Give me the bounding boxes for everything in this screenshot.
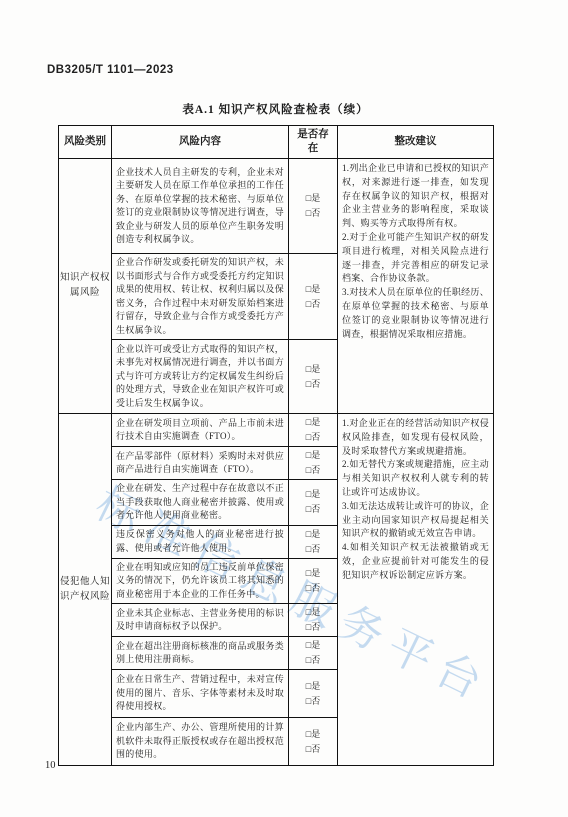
exists-checkbox-cell: □是 □否: [289, 637, 338, 670]
suggestion-item: 2.如无替代方案或规避措施，应主动与相关知识产权权利人就专利的转让或许可达成协议…: [342, 458, 489, 499]
exists-checkbox-cell: □是 □否: [289, 525, 338, 558]
checkbox-no: □否: [289, 542, 337, 557]
risk-content-cell: 企业在研发项目立项前、产品上市前未进行技术自由实施调查（FTO）。: [112, 414, 289, 447]
checkbox-no: □否: [289, 742, 337, 757]
risk-content-cell: 企业合作研发或委托研发的知识产权，未以书面形式与合作方或受委托方约定知识成果的使…: [112, 254, 289, 340]
risk-content-cell: 企业以许可或受让方式取得的知识产权，未事先对权属情况进行调查，并以书面方式与许可…: [112, 340, 289, 414]
checkbox-no: □否: [289, 653, 337, 668]
exists-checkbox-cell: □是 □否: [289, 159, 338, 254]
header-row: 风险类别 风险内容 是否存在 整改建议: [59, 126, 494, 159]
checkbox-yes: □是: [289, 191, 337, 206]
checkbox-yes: □是: [289, 415, 337, 430]
exists-checkbox-cell: □是 □否: [289, 254, 338, 340]
suggestion-item: 3.如无法达成转让或许可的协议，企业主动向国家知识产权局提起相关知识产权的撤销或…: [342, 500, 489, 541]
suggestion-item: 1.列出企业已申请和已授权的知识产权，对来源进行逐一排查，如发现存在权属争议的知…: [342, 162, 489, 231]
checkbox-yes: □是: [289, 282, 337, 297]
risk-checklist-table: 风险类别 风险内容 是否存在 整改建议 知识产权权属风险 企业技术人员自主研发的…: [58, 125, 494, 766]
checkbox-yes: □是: [289, 727, 337, 742]
checkbox-no: □否: [289, 581, 337, 596]
table-row: 知识产权权属风险 企业技术人员自主研发的专利，企业未对主要研发人员在原工作单位承…: [59, 159, 494, 254]
suggestion-item: 4.如相关知识产权无法被撤销或无效，企业应提前针对可能发生的侵犯知识产权诉讼制定…: [342, 541, 489, 582]
checkbox-yes: □是: [289, 566, 337, 581]
checkbox-yes: □是: [289, 362, 337, 377]
risk-content-cell: 企业在日常生产、营销过程中，未对宣传使用的图片、音乐、字体等素材未及时取得使用授…: [112, 670, 289, 718]
exists-checkbox-cell: □是 □否: [289, 718, 338, 766]
header-risk-category: 风险类别: [59, 126, 112, 159]
checkbox-no: □否: [289, 502, 337, 517]
doc-number: DB3205/T 1101—2023: [47, 64, 174, 76]
table-title: 表A.1 知识产权风险查检表（续）: [58, 101, 493, 117]
checkbox-yes: □是: [289, 605, 337, 620]
suggestion-item: 1.对企业正在的经营活动知识产权侵权风险排查，如发现有侵权风险，及时采取替代方案…: [342, 417, 489, 458]
exists-checkbox-cell: □是 □否: [289, 480, 338, 526]
risk-content-cell: 企业未其企业标志、主营业务使用的标识及时申请商标权予以保护。: [112, 604, 289, 637]
risk-content-cell: 企业技术人员自主研发的专利，企业未对主要研发人员在原工作单位承担的工作任务、在原…: [112, 159, 289, 254]
exists-checkbox-cell: □是 □否: [289, 558, 338, 604]
exists-checkbox-cell: □是 □否: [289, 604, 338, 637]
header-suggestion: 整改建议: [338, 126, 494, 159]
checkbox-no: □否: [289, 620, 337, 635]
checkbox-no: □否: [289, 206, 337, 221]
checkbox-no: □否: [289, 297, 337, 312]
header-risk-content: 风险内容: [112, 126, 289, 159]
checkbox-no: □否: [289, 463, 337, 478]
checkbox-yes: □是: [289, 487, 337, 502]
document-page: DB3205/T 1101—2023 标准信息服务平台 表A.1 知识产权风险查…: [0, 0, 568, 817]
exists-checkbox-cell: □是 □否: [289, 447, 338, 480]
category-cell-ownership: 知识产权权属风险: [59, 159, 112, 414]
risk-content-cell: 企业在研发、生产过程中存在故意以不正当手段获取他人商业秘密并披露、使用或者允许他…: [112, 480, 289, 526]
exists-checkbox-cell: □是 □否: [289, 414, 338, 447]
exists-checkbox-cell: □是 □否: [289, 340, 338, 414]
exists-checkbox-cell: □是 □否: [289, 670, 338, 718]
header-exists: 是否存在: [289, 126, 338, 159]
risk-content-cell: 企业在明知或应知的员工违反前单位保密义务的情况下，仍允许该员工将其知悉的商业秘密…: [112, 558, 289, 604]
risk-content-cell: 在产品零部件（原材料）采购时未对供应商产品进行自由实施调查（FTO）。: [112, 447, 289, 480]
checkbox-yes: □是: [289, 679, 337, 694]
checkbox-no: □否: [289, 430, 337, 445]
suggestion-item: 3.对技术人员在原单位的任职经历、在原单位掌握的技术秘密、与原单位签订的竞业限制…: [342, 286, 489, 341]
suggestion-item: 2.对于企业可能产生知识产权的研发项目进行梳理，对相关风险点进行逐一排查，并完善…: [342, 231, 489, 286]
checkbox-yes: □是: [289, 448, 337, 463]
risk-content-cell: 企业在超出注册商标核准的商品或服务类别上使用注册商标。: [112, 637, 289, 670]
category-cell-infringement: 侵犯他人知识产权风险: [59, 414, 112, 766]
table-row: 侵犯他人知识产权风险 企业在研发项目立项前、产品上市前未进行技术自由实施调查（F…: [59, 414, 494, 447]
checkbox-no: □否: [289, 377, 337, 392]
checkbox-no: □否: [289, 694, 337, 709]
risk-content-cell: 企业内部生产、办公、管理所使用的计算机软件未取得正版授权或存在超出授权范围的使用…: [112, 718, 289, 766]
suggestion-cell: 1.对企业正在的经营活动知识产权侵权风险排查，如发现有侵权风险，及时采取替代方案…: [338, 414, 494, 766]
checkbox-yes: □是: [289, 638, 337, 653]
page-number: 10: [45, 760, 56, 771]
suggestion-cell: 1.列出企业已申请和已授权的知识产权，对来源进行逐一排查，如发现存在权属争议的知…: [338, 159, 494, 414]
checkbox-yes: □是: [289, 527, 337, 542]
risk-content-cell: 违反保密义务对他人的商业秘密进行披露、使用或者允许他人使用。: [112, 525, 289, 558]
